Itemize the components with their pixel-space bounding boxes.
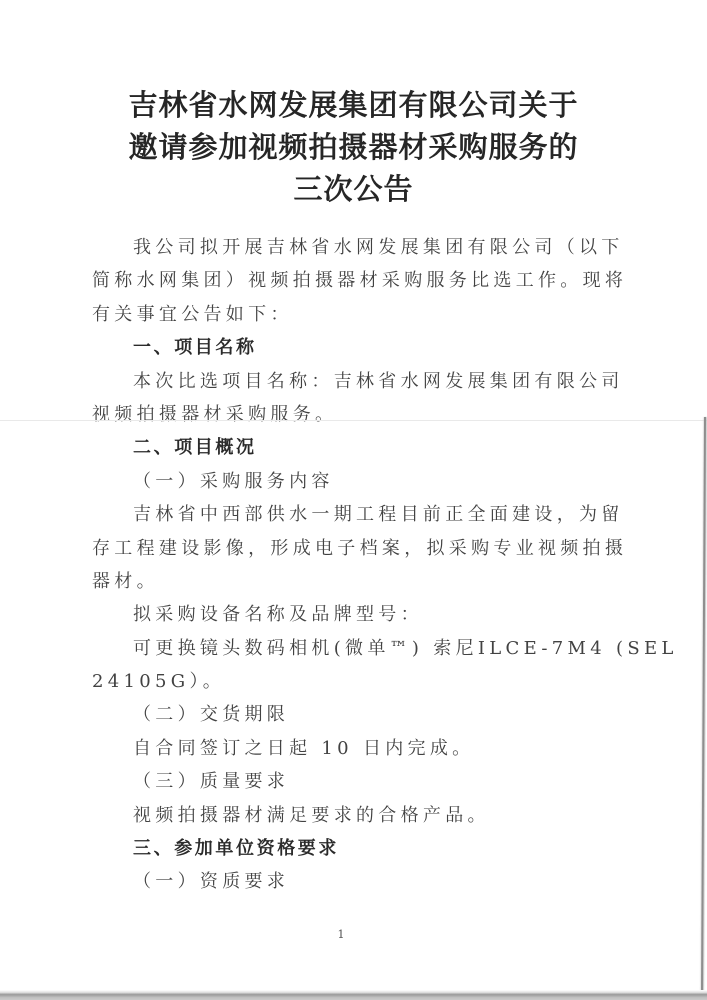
document-body: 我公司拟开展吉林省水网发展集团有限公司（以下 简称水网集团）视频拍摄器材采购服务…: [92, 231, 652, 899]
body-line: 器材。: [92, 565, 652, 598]
body-line: 存工程建设影像，形成电子档案，拟采购专业视频拍摄: [92, 532, 652, 565]
body-line: 我公司拟开展吉林省水网发展集团有限公司（以下: [92, 231, 652, 264]
body-line: 24105G）。: [92, 665, 652, 698]
body-line: 视频拍摄器材满足要求的合格产品。: [92, 799, 652, 832]
subsection-heading: （二）交货期限: [92, 698, 652, 731]
section-heading: 三、参加单位资格要求: [92, 832, 652, 865]
body-line: 视频拍摄器材采购服务。: [92, 398, 652, 431]
subsection-heading: （一）资质要求: [92, 865, 652, 898]
document-title-line: 三次公告: [60, 168, 647, 210]
scan-right-edge: [701, 417, 706, 1000]
body-line: 有关事宜公告如下：: [92, 298, 652, 331]
scanned-document-page: 吉林省水网发展集团有限公司关于 邀请参加视频拍摄器材采购服务的 三次公告 我公司…: [0, 0, 707, 1000]
body-line: 吉林省中西部供水一期工程目前正全面建设，为留: [92, 498, 652, 531]
scan-seam-line: [0, 420, 707, 421]
body-line: 自合同签订之日起 10 日内完成。: [92, 732, 652, 765]
section-heading: 一、项目名称: [92, 331, 652, 364]
body-line: 可更换镜头数码相机(微单™) 索尼ILCE-7M4 (SEL: [92, 632, 652, 665]
subsection-heading: （一）采购服务内容: [92, 465, 652, 498]
page-number: 1: [0, 928, 682, 941]
document-title: 吉林省水网发展集团有限公司关于 邀请参加视频拍摄器材采购服务的 三次公告: [60, 84, 647, 210]
body-line: 简称水网集团）视频拍摄器材采购服务比选工作。现将: [92, 264, 652, 297]
document-title-line: 邀请参加视频拍摄器材采购服务的: [60, 126, 647, 168]
scan-bottom-edge: [0, 990, 707, 1000]
body-line: 拟采购设备名称及品牌型号：: [92, 598, 652, 631]
section-heading: 二、项目概况: [92, 431, 652, 464]
body-line: 本次比选项目名称：吉林省水网发展集团有限公司: [92, 365, 652, 398]
subsection-heading: （三）质量要求: [92, 765, 652, 798]
document-title-line: 吉林省水网发展集团有限公司关于: [60, 84, 647, 126]
